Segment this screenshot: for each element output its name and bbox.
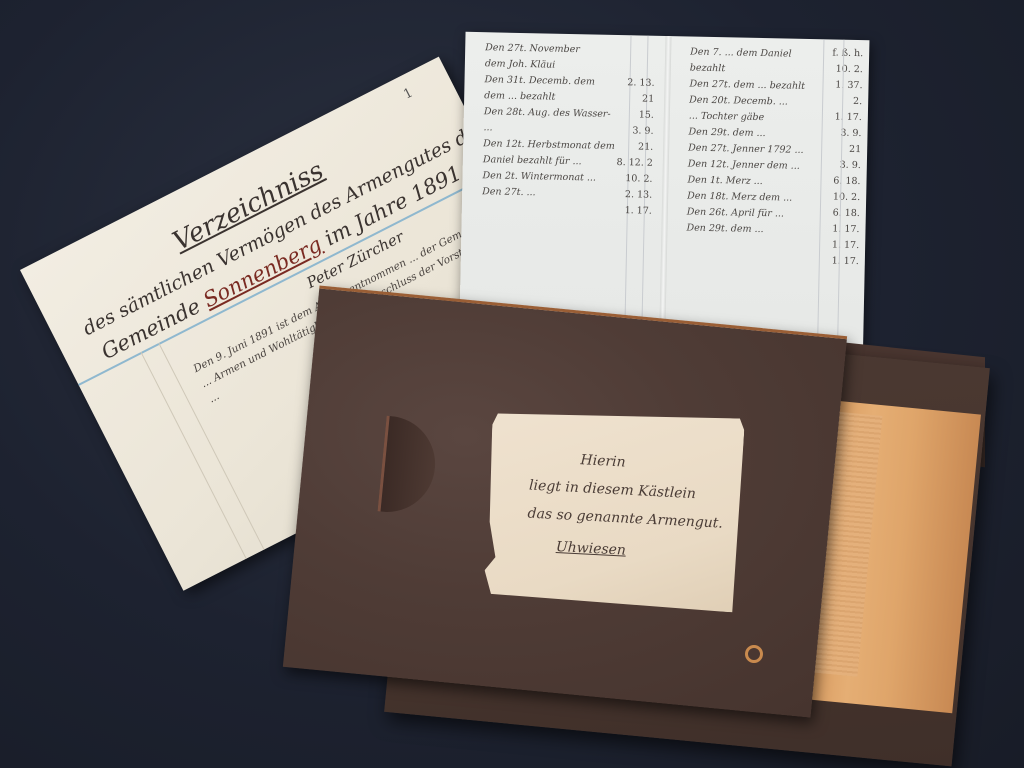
ledger-left-amounts: 2. 13. 21 15. 3. 9. 21. 8. 12. 2 10. 2. … bbox=[612, 75, 655, 220]
ledger-right-page: Den 7. ... dem Daniel bezahlt Den 27t. d… bbox=[686, 45, 830, 240]
amount: 21. bbox=[613, 139, 653, 156]
page-number: 1 bbox=[401, 85, 415, 102]
label-line-2: liegt in diesem Kästlein bbox=[529, 478, 697, 503]
amount: 15. bbox=[614, 107, 654, 124]
label-line-3: das so genannte Armengut. bbox=[527, 505, 723, 531]
amount: 2. 13. bbox=[612, 187, 652, 204]
ledger-entry: Den 28t. Aug. des Wasser- bbox=[484, 104, 624, 123]
amount: 10. 2. bbox=[612, 171, 652, 188]
amount: 2. 13. bbox=[614, 75, 654, 92]
amount: 3. 9. bbox=[613, 123, 653, 140]
ledger-left-page: Den 27t. November dem Joh. Kläui Den 31t… bbox=[482, 40, 625, 203]
ledger-entry: Den 29t. dem ... bbox=[686, 220, 826, 239]
amount: 8. 12. 2 bbox=[613, 155, 653, 172]
label-signature: Uhwiesen bbox=[556, 539, 627, 559]
amount: 21 bbox=[614, 91, 654, 108]
amount: 1. 17. bbox=[612, 203, 652, 220]
screw-hole-icon bbox=[745, 645, 763, 663]
label-line-1: Hierin bbox=[580, 452, 626, 470]
box-label: Hierin liegt in diesem Kästlein das so g… bbox=[483, 406, 745, 613]
ledger-entry: Den 27t. ... bbox=[482, 184, 622, 203]
